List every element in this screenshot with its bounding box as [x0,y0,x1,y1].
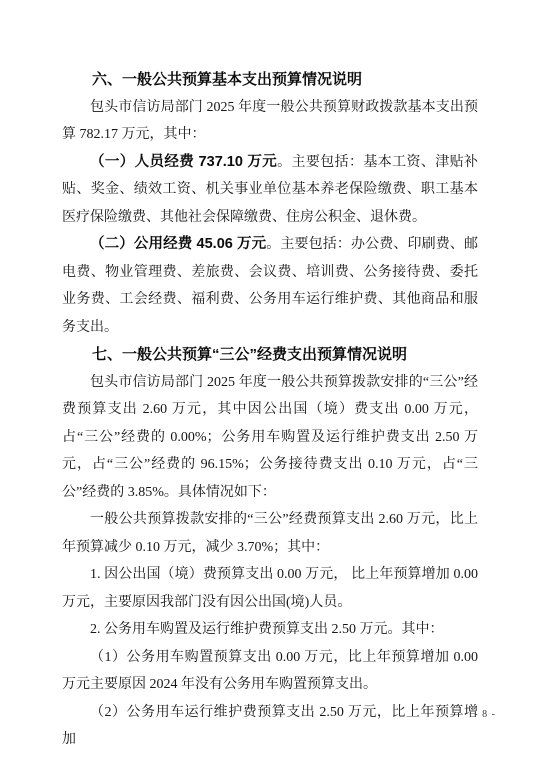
document-page: 六、一般公共预算基本支出预算情况说明包头市信访局部门 2025 年度一般公共预算… [0,0,538,758]
paragraph: （一）人员经费 737.10 万元。主要包括：基本工资、津贴补贴、奖金、绩效工资… [62,149,478,232]
paragraph: 包头市信访局部门 2025 年度一般公共预算拨款安排的“三公”经费预算支出 2.… [62,369,478,507]
paragraph: 包头市信访局部门 2025 年度一般公共预算财政拨款基本支出预算 782.17 … [62,94,478,149]
text-run: 包头市信访局部门 2025 年度一般公共预算拨款安排的“三公”经费预算支出 2.… [62,375,478,500]
bold-text-run: 七、一般公共预算“三公”经费支出预算情况说明 [92,346,407,363]
text-run: （2）公务用车运行维护费预算支出 2.50 万元，比上年预算增加 [62,705,478,748]
text-run: 2. 公务用车购置及运行维护费预算支出 2.50 万元。其中： [90,622,444,637]
bold-text-run: （二）公用经费 45.06 万元 [90,236,266,252]
paragraph: 一般公共预算拨款安排的“三公”经费预算支出 2.60 万元，比上年预算减少 0.… [62,506,478,561]
section-heading: 六、一般公共预算基本支出预算情况说明 [62,66,478,94]
bold-text-run: （一）人员经费 737.10 万元 [90,154,277,170]
text-run: （1）公务用车购置预算支出 0.00 万元，比上年预算增加 0.00 万元主要原… [62,650,478,693]
paragraph: （1）公务用车购置预算支出 0.00 万元，比上年预算增加 0.00 万元主要原… [62,644,478,699]
section-heading: 七、一般公共预算“三公”经费支出预算情况说明 [62,341,478,369]
paragraph: 1. 因公出国（境）费预算支出 0.00 万元， 比上年预算增加 0.00 万元… [62,561,478,616]
paragraph: 2. 公务用车购置及运行维护费预算支出 2.50 万元。其中： [62,616,478,644]
page-number: - 8 - [474,709,496,720]
text-run: 1. 因公出国（境）费预算支出 0.00 万元， 比上年预算增加 0.00 万元… [62,567,478,610]
text-run: 一般公共预算拨款安排的“三公”经费预算支出 2.60 万元，比上年预算减少 0.… [62,512,478,555]
text-run: 包头市信访局部门 2025 年度一般公共预算财政拨款基本支出预算 782.17 … [62,100,478,143]
bold-text-run: 六、一般公共预算基本支出预算情况说明 [92,71,362,88]
paragraph: （2）公务用车运行维护费预算支出 2.50 万元，比上年预算增加 [62,699,478,754]
paragraph: （二）公用经费 45.06 万元。主要包括：办公费、印刷费、邮电费、物业管理费、… [62,231,478,341]
document-body: 六、一般公共预算基本支出预算情况说明包头市信访局部门 2025 年度一般公共预算… [62,66,478,754]
